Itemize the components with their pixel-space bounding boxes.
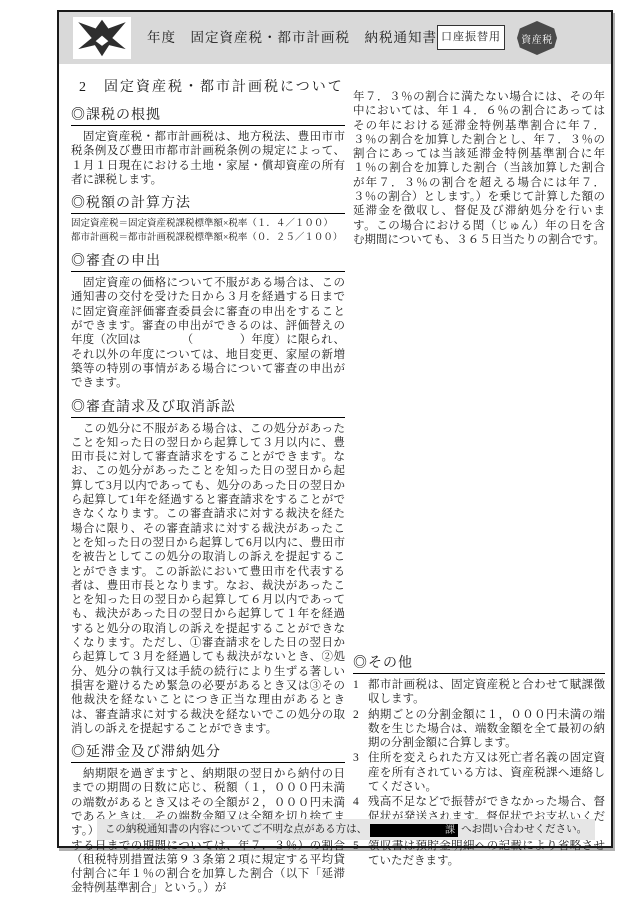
list-item-number: 1 — [353, 678, 368, 707]
tax-notice-page: 年度 固定資産税・都市計画税 納税通知書 口座振替用 資産税 2 固定資産税・都… — [0, 0, 630, 902]
city-planning-tax-formula: 都市計画税＝都市計画税課税標準額×税率（０．２５／１００） — [71, 232, 345, 246]
section-heading-appeal-lawsuit: ◎審査請求及び取消訴訟 — [71, 396, 345, 418]
list-item-number: 2 — [353, 708, 368, 751]
contact-text-before: この納税通知書の内容についてご不明な点がある方は、 — [105, 824, 367, 835]
list-item: 3 住所を変えられた方又は死亡者名義の固定資産を所有されている方は、資産税課へ連… — [353, 751, 605, 794]
notice-header: 年度 固定資産税・都市計画税 納税通知書 口座振替用 資産税 — [59, 12, 611, 64]
right-column: 年７．３％の割合に満たない場合には、その年中においては、年１４．６％の割合にあっ… — [353, 68, 605, 838]
account-transfer-label: 口座振替用 — [437, 25, 505, 50]
notice-frame: 年度 固定資産税・都市計画税 納税通知書 口座振替用 資産税 2 固定資産税・都… — [57, 10, 613, 848]
notice-title: 年度 固定資産税・都市計画税 納税通知書 — [147, 12, 437, 64]
section-heading-calculation: ◎税額の計算方法 — [71, 192, 345, 214]
list-item-number: 3 — [353, 751, 368, 794]
late-penalty-body-right: 年７．３％の割合に満たない場合には、その年中においては、年１４．６％の割合にあっ… — [353, 90, 605, 247]
contact-strip: この納税通知書の内容についてご不明な点がある方は、課へお問い合わせください。 — [97, 819, 595, 840]
list-item: 1 都市計画税は、固定資産税と合わせて賦課徴収します。 — [353, 678, 605, 707]
list-item-text: 都市計画税は、固定資産税と合わせて賦課徴収します。 — [368, 678, 605, 707]
toyota-city-emblem-icon — [73, 17, 131, 59]
list-item-text: 領収書は預貯金明細への記載により省略させていただきます。 — [368, 839, 605, 868]
list-item: 2 納期ごとの分割金額に１，０００円未満の端数を生じた場合は、端数金額を全て最初… — [353, 708, 605, 751]
section-heading-other: ◎その他 — [353, 652, 605, 674]
list-item-number: 5 — [353, 839, 368, 868]
contact-text-after: へお問い合わせください。 — [461, 824, 587, 835]
section-heading-review-request: ◎審査の申出 — [71, 250, 345, 272]
page-title: 2 固定資産税・都市計画税について — [79, 76, 345, 96]
list-item: 5 領収書は預貯金明細への記載により省略させていただきます。 — [353, 839, 605, 868]
left-column: 2 固定資産税・都市計画税について ◎課税の根拠 固定資産税・都市計画税は、地方… — [71, 68, 345, 899]
section-heading-taxation-basis: ◎課税の根拠 — [71, 104, 345, 126]
section-heading-late-penalty: ◎延滞金及び滞納処分 — [71, 741, 345, 763]
review-request-body: 固定資産の価格について不服がある場合は、この通知書の交付を受けた日から３月を経過… — [71, 276, 345, 390]
fixed-asset-tax-formula: 固定資産税＝固定資産税課税標準額×税率（１．４／１００） — [71, 218, 345, 232]
department-suffix: 課 — [445, 825, 455, 836]
redacted-department-name: 課 — [370, 824, 458, 837]
taxation-basis-body: 固定資産税・都市計画税は、地方税法、豊田市市税条例及び豊田市都市計画税条例の規定… — [71, 130, 345, 187]
list-item-text: 住所を変えられた方又は死亡者名義の固定資産を所有されている方は、資産税課へ連絡し… — [368, 751, 605, 794]
list-item-text: 納期ごとの分割金額に１，０００円未満の端数を生じた場合は、端数金額を全て最初の納… — [368, 708, 605, 751]
asset-tax-badge: 資産税 — [517, 21, 557, 55]
appeal-lawsuit-body: この処分に不服がある場合は、この処分があったことを知った日の翌日から起算して３月… — [71, 422, 345, 737]
